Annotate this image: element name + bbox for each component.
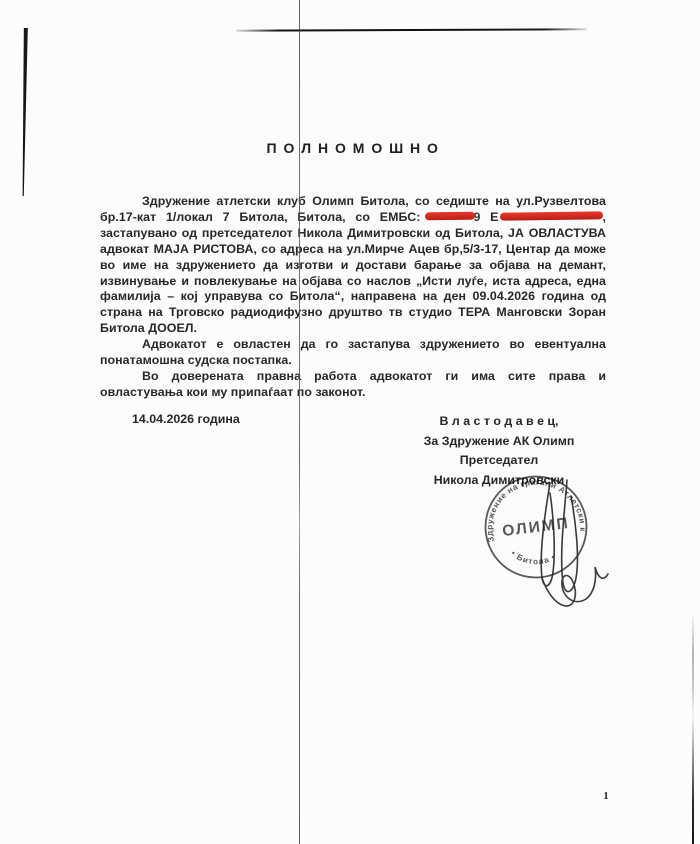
scanned-document-page: { "document": { "title": "П О Л Н О М О … xyxy=(0,0,700,844)
body-paragraph-3: Во доверената правна работа адвокатот ги… xyxy=(100,369,606,401)
scan-artifact-center-vertical-line xyxy=(299,0,300,844)
para1-text-end: , застапувано од претседателот Никола Ди… xyxy=(100,210,606,335)
body-paragraph-2: Адвокатот е овластен да го застапува здр… xyxy=(100,337,606,369)
page-number: 1 xyxy=(597,790,615,802)
body-paragraph-1: Здружение атлетски клуб Олимп Битола, со… xyxy=(100,194,606,337)
document-title: П О Л Н О М О Ш Н О xyxy=(100,140,606,156)
scan-artifact-right-edge-line xyxy=(692,612,694,844)
grantor-label: В л а с т о д а в е ц, xyxy=(393,412,605,432)
document-body: П О Л Н О М О Ш Н О Здружение атлетски к… xyxy=(100,140,606,401)
redaction-bar-embs xyxy=(425,212,475,221)
date-text: 14.04.2026 година xyxy=(132,412,240,426)
redaction-bar-edb xyxy=(500,211,603,220)
organization-line: За Здружение АК Олимп xyxy=(393,432,605,452)
edb-prefix: Е xyxy=(490,210,498,224)
signature-scribble xyxy=(495,468,620,618)
scan-artifact-left-line xyxy=(21,28,29,196)
scan-artifact-top-horizontal-line xyxy=(236,28,587,32)
